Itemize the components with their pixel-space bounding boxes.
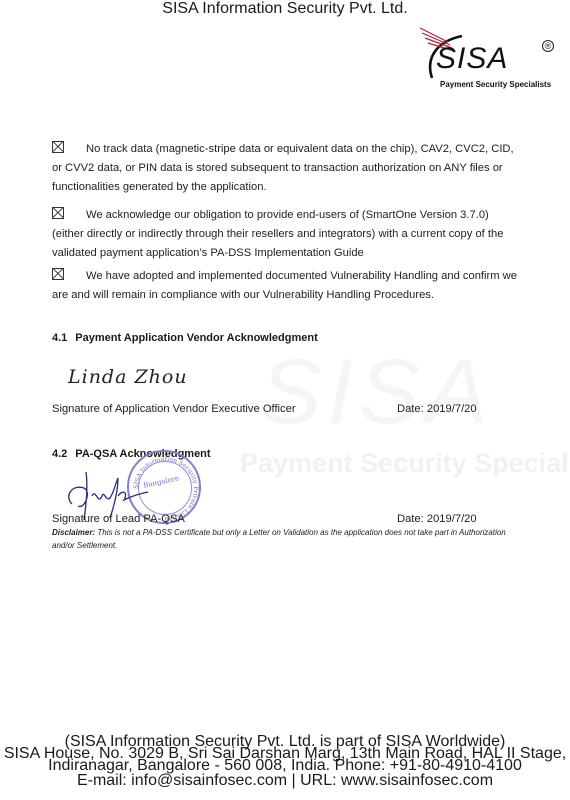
vendor-signature: Linda Zhou bbox=[68, 366, 188, 388]
section-title: Payment Application Vendor Acknowledgmen… bbox=[75, 332, 317, 344]
vendor-signature-label: Signature of Application Vendor Executiv… bbox=[52, 403, 296, 415]
registered-mark: ® bbox=[542, 40, 554, 52]
logo-brand: SISA bbox=[436, 42, 508, 76]
checklist-text: We acknowledge our obligation to provide… bbox=[52, 209, 503, 259]
checklist-item: We have adopted and implemented document… bbox=[52, 267, 522, 305]
qsa-signature-label: Signature of Lead PA-QSA bbox=[52, 513, 185, 525]
footer-company: SISA Information Security Pvt. Ltd. bbox=[0, 0, 570, 18]
section-number: 4.2 bbox=[52, 448, 67, 460]
qsa-date: Date: 2019/7/20 bbox=[397, 513, 477, 525]
disclaimer-text: This is not a PA-DSS Certificate but onl… bbox=[52, 528, 506, 550]
checked-box-icon bbox=[52, 141, 64, 153]
section-number: 4.1 bbox=[52, 332, 67, 344]
watermark-brand: SISA bbox=[260, 340, 494, 445]
footer-contact: E-mail: info@sisainfosec.com | URL: www.… bbox=[0, 772, 570, 790]
disclaimer-label: Disclaimer: bbox=[52, 528, 95, 537]
section-heading-4-1: 4.1Payment Application Vendor Acknowledg… bbox=[52, 332, 318, 344]
checklist-text: We have adopted and implemented document… bbox=[52, 270, 517, 301]
checklist-text: No track data (magnetic-stripe data or e… bbox=[52, 143, 514, 193]
watermark-tagline: Payment Security Specialists bbox=[240, 448, 570, 479]
logo-tagline: Payment Security Specialists bbox=[440, 80, 551, 89]
checklist-item: We acknowledge our obligation to provide… bbox=[52, 206, 522, 263]
disclaimer: Disclaimer: This is not a PA-DSS Certifi… bbox=[52, 526, 522, 552]
checked-box-icon bbox=[52, 207, 64, 219]
watermark: SISA Payment Security Specialists bbox=[240, 350, 570, 490]
vendor-date: Date: 2019/7/20 bbox=[397, 403, 477, 415]
checklist-item: No track data (magnetic-stripe data or e… bbox=[52, 140, 522, 197]
sisa-logo: SISA ® Payment Security Specialists bbox=[418, 24, 568, 96]
checked-box-icon bbox=[52, 268, 64, 280]
